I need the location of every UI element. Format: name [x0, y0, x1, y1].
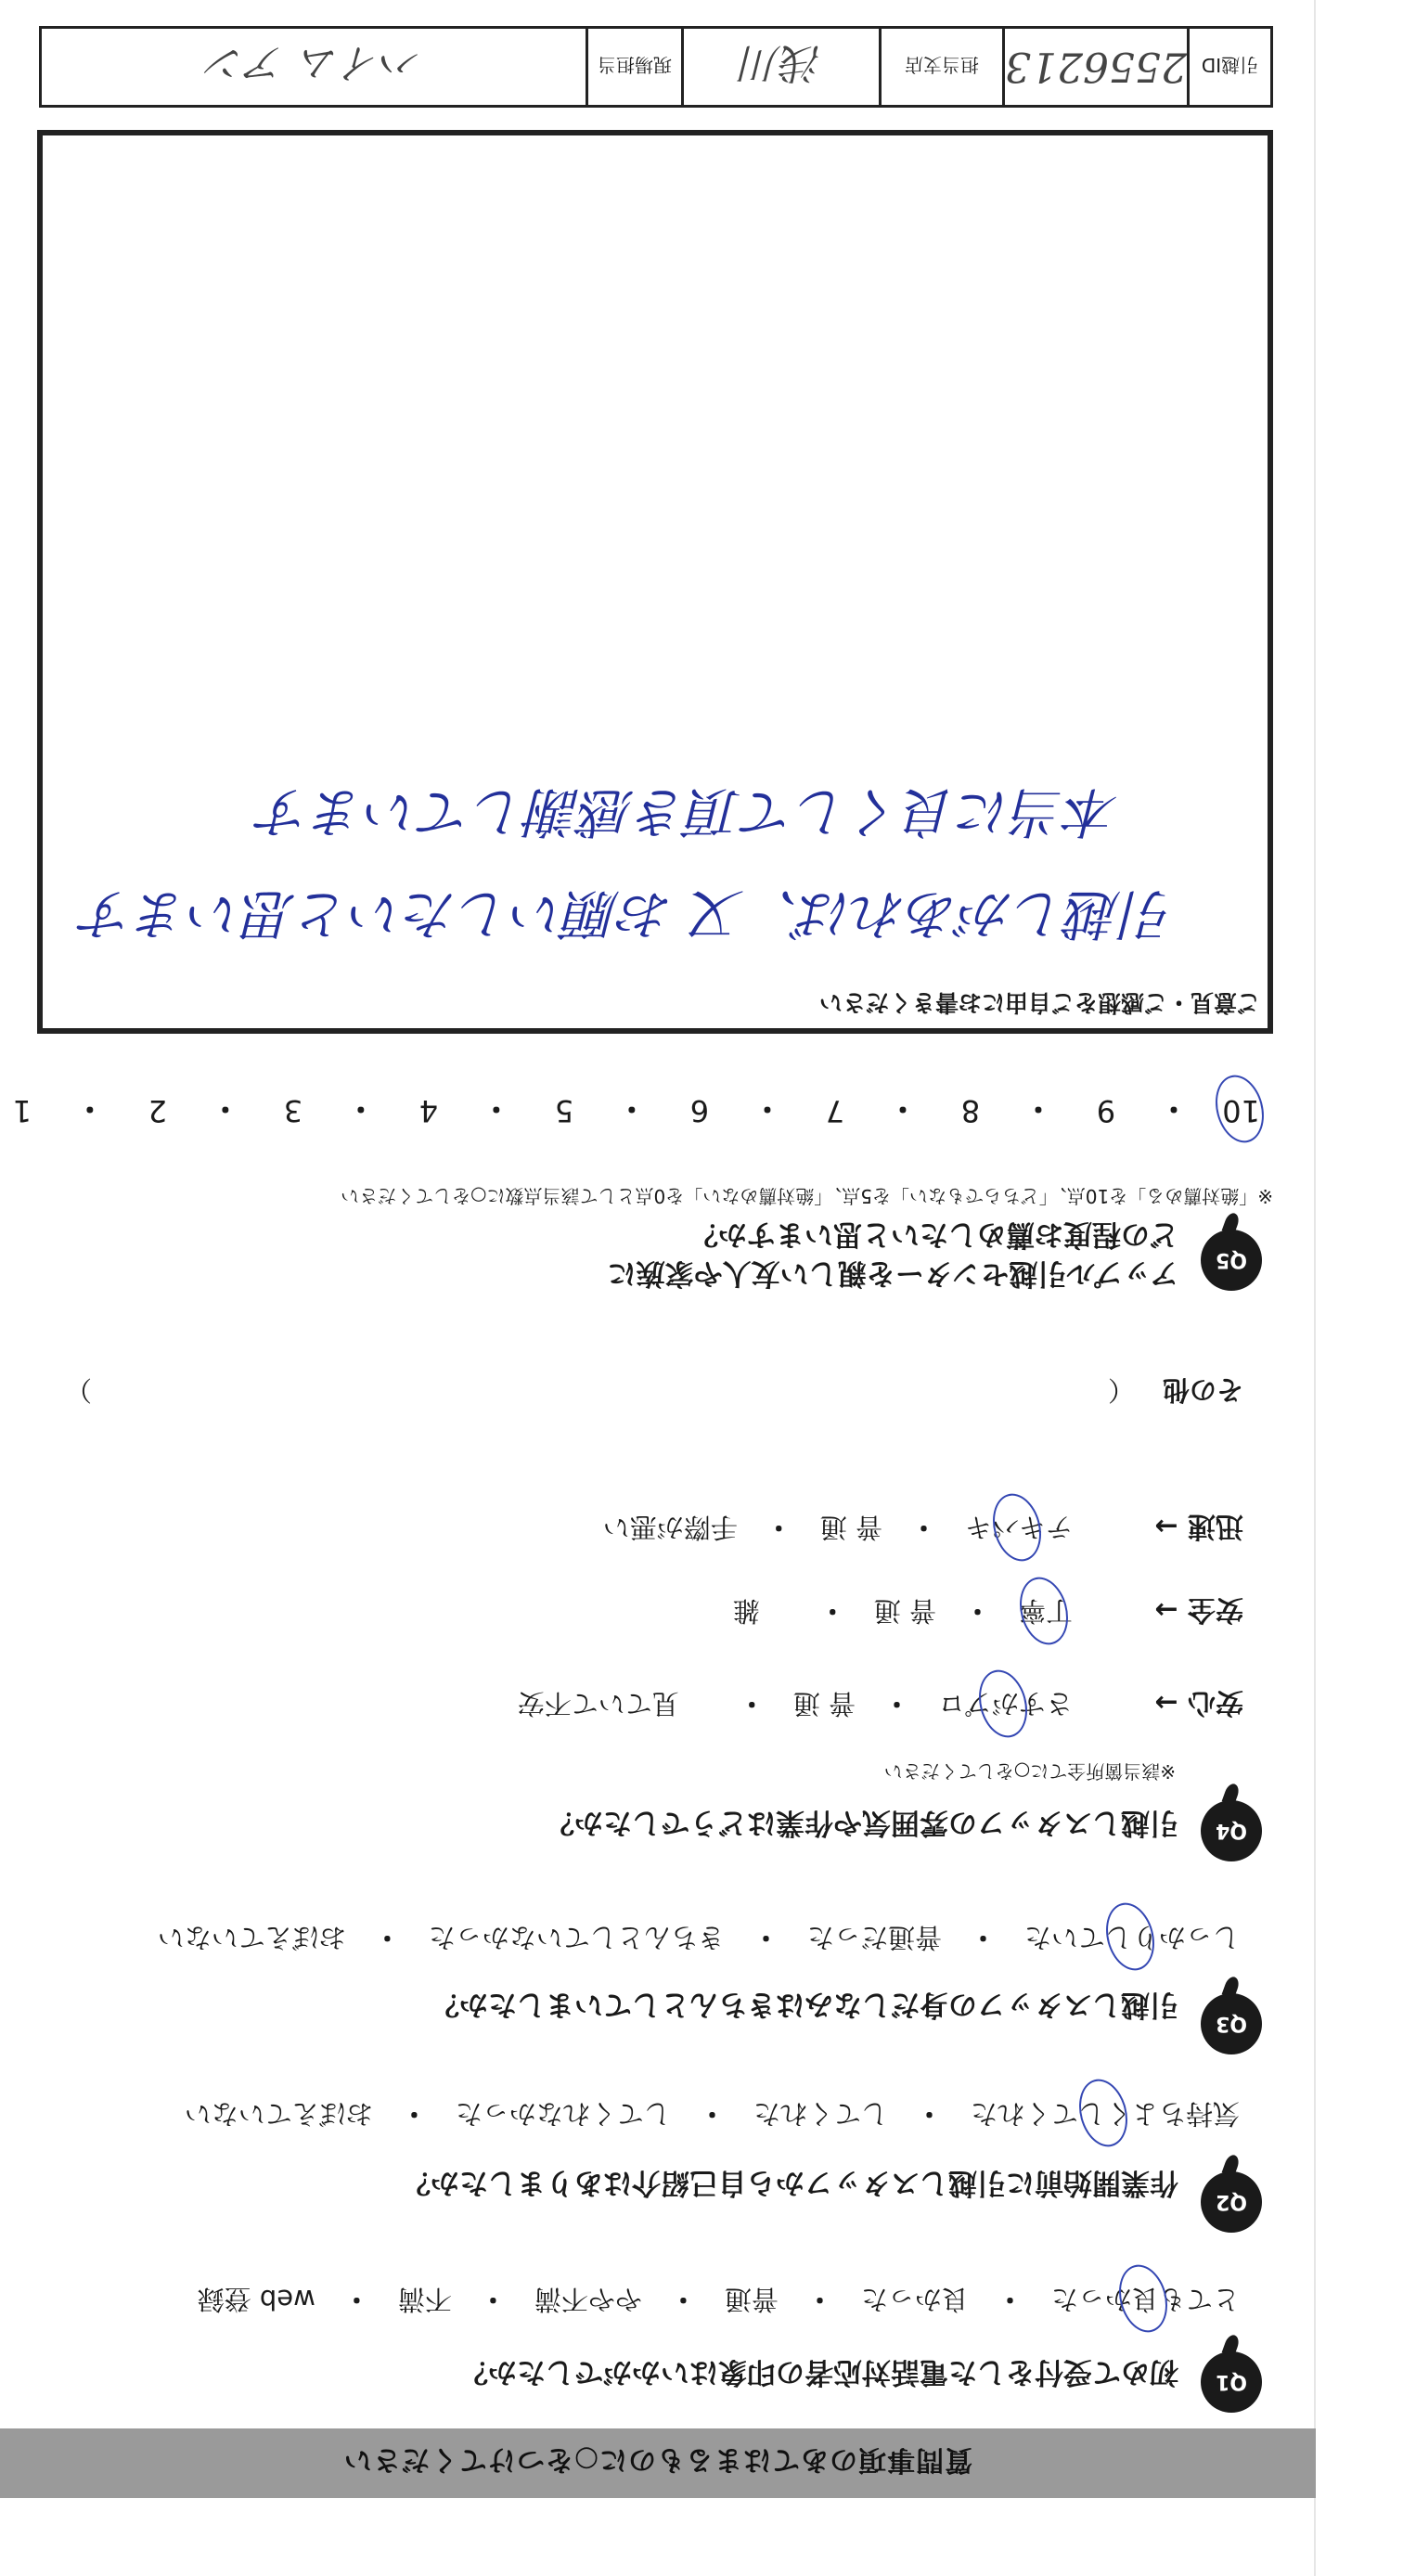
q4-other-row: その他 （ ） [65, 1372, 1243, 1410]
q4-jinsoku-option-efficient[interactable]: テキパキ [961, 1511, 1076, 1549]
branch-value[interactable]: 浅川 [683, 28, 881, 107]
q4-row-anshin: 安心 → さすがプロ・ 普 通・ 見ていて不安 [514, 1685, 1243, 1726]
banner-text: 質問事項のあてはまるものに○をつけてください [343, 2443, 972, 2484]
q4-anshin-option-normal[interactable]: 普 通 [790, 1687, 859, 1725]
q5-score-scale: 10・ 9・ 8・ 7・ 6・ 5・ 4・ 3・ 2・ 1・ 0 [0, 1089, 1264, 1132]
comment-label: ご意見・ご感想をご自由にお書きください [819, 987, 1260, 1021]
move-id-label: 引越ID [1189, 28, 1272, 107]
q3-badge-icon: Q3 [1201, 1993, 1262, 2054]
q4-row-label: 安心 → [1104, 1685, 1243, 1726]
q5-score-9[interactable]: 9 [1084, 1093, 1128, 1128]
q5-score-2[interactable]: 2 [135, 1093, 180, 1128]
q5-score-1[interactable]: 1 [0, 1093, 45, 1128]
q4-question: 引越しスタッフの雰囲気や作業はどうでしたか？ [546, 1805, 1178, 1847]
q4-anshin-option-anxious[interactable]: 見ていて不安 [514, 1687, 683, 1725]
header-table: 引越ID 2556213 担当支店 浅川 現場担当 ハイム アン [39, 26, 1273, 108]
q1-options: とても良かった・ 良かった・ 普通・ やや不満・ 不満・ web 登録 [194, 2282, 1243, 2320]
q4-note: ※該当箇所全てに○をしてください [884, 1759, 1176, 1786]
q5-badge-icon: Q5 [1201, 1230, 1262, 1291]
q1-option-somewhat-unsatisfied[interactable]: やや不満 [531, 2282, 646, 2320]
q5-score-8[interactable]: 8 [948, 1093, 993, 1128]
move-id-value[interactable]: 2556213 [1004, 28, 1189, 107]
q1-question: 初めて受付をした電話対応者の印象はいかがでしたか？ [459, 2354, 1178, 2396]
q5-score-10[interactable]: 10 [1219, 1093, 1264, 1128]
q2-option-yes[interactable]: してくれた [750, 2096, 892, 2134]
q4-other-close-paren: ） [65, 1372, 92, 1410]
q1-option-normal[interactable]: 普通 [721, 2282, 782, 2320]
q4-jinsoku-option-clumsy[interactable]: 手際が悪い [599, 1511, 741, 1549]
q5-score-6[interactable]: 6 [677, 1093, 722, 1128]
q3-question: 引越しスタッフの身だしなみはきちんとしていましたか？ [431, 1987, 1178, 2029]
q4-jinsoku-option-normal[interactable]: 普 通 [817, 1511, 886, 1549]
q3-option-not-neat[interactable]: きちんとしていなかった [425, 1920, 728, 1958]
staff-label: 現場担当 [587, 28, 683, 107]
q2-option-dont-remember[interactable]: おぼえていない [181, 2096, 377, 2134]
q5-score-7[interactable]: 7 [813, 1093, 857, 1128]
comment-box[interactable]: ご意見・ご感想をご自由にお書きください 引越しがあれば、又 お願いしたいと思いま… [37, 130, 1273, 1034]
q2-badge-icon: Q2 [1201, 2171, 1262, 2233]
q4-row-label: 迅速 → [1104, 1509, 1243, 1550]
comment-handwriting-line1: 引越しがあれば、又 お願いしたいと思います [82, 880, 1175, 958]
q5-score-4[interactable]: 4 [406, 1093, 451, 1128]
q5-question-line1: アップル引越センターを親しい友人や家族に [608, 1256, 1178, 1297]
survey-sheet: 質問事項のあてはまるものに○をつけてください Q1 初めて受付をした電話対応者の… [0, 0, 1403, 2576]
q3-options: しっかりしていた・ 普通だった・ きちんとしていなかった・ おぼえていない [154, 1920, 1243, 1958]
q4-row-jinsoku: 迅速 → テキパキ・ 普 通・ 手際が悪い [599, 1509, 1243, 1550]
q5-score-5[interactable]: 5 [542, 1093, 586, 1128]
q4-row-anzen: 安全 → 丁寧・ 普 通・ 雑 [729, 1592, 1243, 1633]
q1-badge-icon: Q1 [1201, 2351, 1262, 2413]
q1-option-web[interactable]: web 登録 [194, 2282, 319, 2320]
q3-option-dont-remember[interactable]: おぼえていない [154, 1920, 350, 1958]
q2-options: 気持ちよくしてくれた・ してくれた・ してくれなかった・ おぼえていない [181, 2096, 1243, 2134]
q2-option-pleasantly[interactable]: 気持ちよくしてくれた [967, 2096, 1243, 2134]
q4-badge-icon: Q4 [1201, 1800, 1262, 1861]
q4-row-label: 安全 → [1104, 1592, 1243, 1633]
q4-other-label: その他 [1163, 1372, 1243, 1410]
q5-score-3[interactable]: 3 [271, 1093, 315, 1128]
q4-other-open-paren: （ [1108, 1372, 1135, 1410]
q1-option-good[interactable]: 良かった [857, 2282, 972, 2320]
q5-question-line2: どの程度お薦めしたいと思いますか？ [689, 1217, 1178, 1258]
staff-value[interactable]: ハイム アン [41, 28, 587, 107]
q3-option-normal[interactable]: 普通だった [804, 1920, 946, 1958]
q4-anzen-option-careful[interactable]: 丁寧 [1015, 1594, 1076, 1632]
q4-anshin-option-pro[interactable]: さすがプロ [934, 1687, 1076, 1725]
q4-anzen-option-normal[interactable]: 普 通 [870, 1594, 940, 1632]
q2-option-no[interactable]: してくれなかった [452, 2096, 675, 2134]
q1-option-very-good[interactable]: とても良かった [1048, 2282, 1243, 2320]
q5-note: ※「絶対薦める」を10点、「どちらでもない」を5点、「絶対薦めない」を0点として… [341, 1184, 1273, 1211]
instruction-banner: 質問事項のあてはまるものに○をつけてください [0, 2428, 1316, 2498]
q4-anzen-option-rough[interactable]: 雑 [729, 1594, 764, 1632]
q3-option-neat[interactable]: しっかりしていた [1021, 1920, 1243, 1958]
q1-option-unsatisfied[interactable]: 不満 [394, 2282, 456, 2320]
branch-label: 担当支店 [881, 28, 1004, 107]
comment-handwriting-line2: 本当に良くして頂き感謝しています [258, 778, 1119, 856]
q2-question: 作業開始前に引越しスタッフから自己紹介はありましたか？ [402, 2165, 1178, 2207]
